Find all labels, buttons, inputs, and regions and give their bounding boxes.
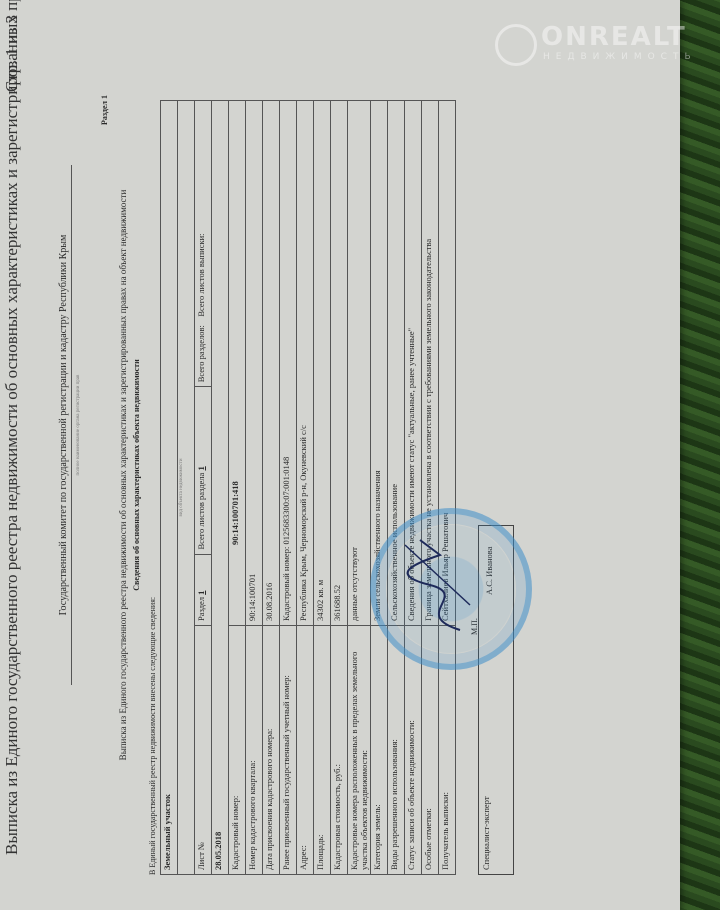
row-label: Кадастровые номера расположенных в преде… — [348, 626, 371, 875]
table-row: Ранее присвоенный государственный учетны… — [280, 101, 297, 875]
rotated-page: Выписка из Единого государственного реес… — [0, 15, 660, 895]
table-row: Адрес:Республика Крым, Черноморский р-н,… — [297, 101, 314, 875]
row-value: 90:14:100701 — [246, 101, 263, 626]
row-value: Кадастровый номер: 0125683300:07:001:014… — [280, 101, 297, 626]
authority-caption: полное наименование органа регистрации п… — [76, 165, 81, 685]
registry-line: В Единый государственный реестр недвижим… — [148, 597, 157, 875]
watermark-house-icon — [495, 24, 537, 66]
object-type: Земельный участок — [161, 101, 178, 875]
table-row: Кадастровые номера расположенных в преде… — [348, 101, 371, 875]
table-row: Дата присвоения кадастрового номера:30.0… — [263, 101, 280, 875]
section-label: Раздел 1 — [100, 95, 109, 125]
row-value: данные отсутствуют — [348, 101, 371, 626]
row-value: 361688.52 — [331, 101, 348, 626]
page-number: Стр. 1 из 3 — [2, 15, 22, 92]
table-row: Площадь:34302 кв. м — [314, 101, 331, 875]
row-label: Категория земель: — [371, 626, 388, 875]
sheet-no: Лист № — [195, 626, 212, 875]
cadastral-number-label: Кадастровый номер: — [229, 626, 246, 875]
object-caption: вид объекта недвижимости — [178, 101, 195, 875]
row-label: Площадь: — [314, 626, 331, 875]
row-label: Дата присвоения кадастрового номера: — [263, 626, 280, 875]
signature-icon — [400, 535, 480, 635]
row-value: Республика Крым, Черноморский р-н, Окуне… — [297, 101, 314, 626]
section-no: Раздел 1 — [195, 554, 212, 625]
row-value: 34302 кв. м — [314, 101, 331, 626]
table-row: Кадастровая стоимость, руб.:361688.52 — [331, 101, 348, 875]
watermark: ONREALT НЕДВИЖИМОСТЬ — [495, 22, 697, 62]
total-sections: Всего разделов: Всего листов выписки: — [195, 101, 212, 387]
extract-subtitle: Сведения об основных характеристиках объ… — [132, 95, 141, 855]
total-sheets-section: Всего листов раздела 1 — [195, 387, 212, 554]
document-paper: Выписка из Единого государственного реес… — [0, 0, 680, 910]
row-label: Номер кадастрового квартала: — [246, 626, 263, 875]
document-header-title: Выписка из Единого государственного реес… — [2, 0, 22, 855]
row-label: Кадастровая стоимость, руб.: — [331, 626, 348, 875]
cadastral-number-value: 90:14:100701:418 — [229, 101, 246, 626]
row-value: 30.08.2016 — [263, 101, 280, 626]
extract-title: Выписка из Единого государственного реес… — [118, 95, 128, 855]
row-label: Адрес: — [297, 626, 314, 875]
authority-name: Государственный комитет по государственн… — [58, 165, 72, 685]
row-label: Ранее присвоенный государственный учетны… — [280, 626, 297, 875]
extract-date: 28.05.2018 — [212, 101, 229, 875]
stamp-area — [390, 705, 540, 905]
table-row: Категория земель:Земли сельскохозяйствен… — [371, 101, 388, 875]
table-row: Номер кадастрового квартала:90:14:100701 — [246, 101, 263, 875]
